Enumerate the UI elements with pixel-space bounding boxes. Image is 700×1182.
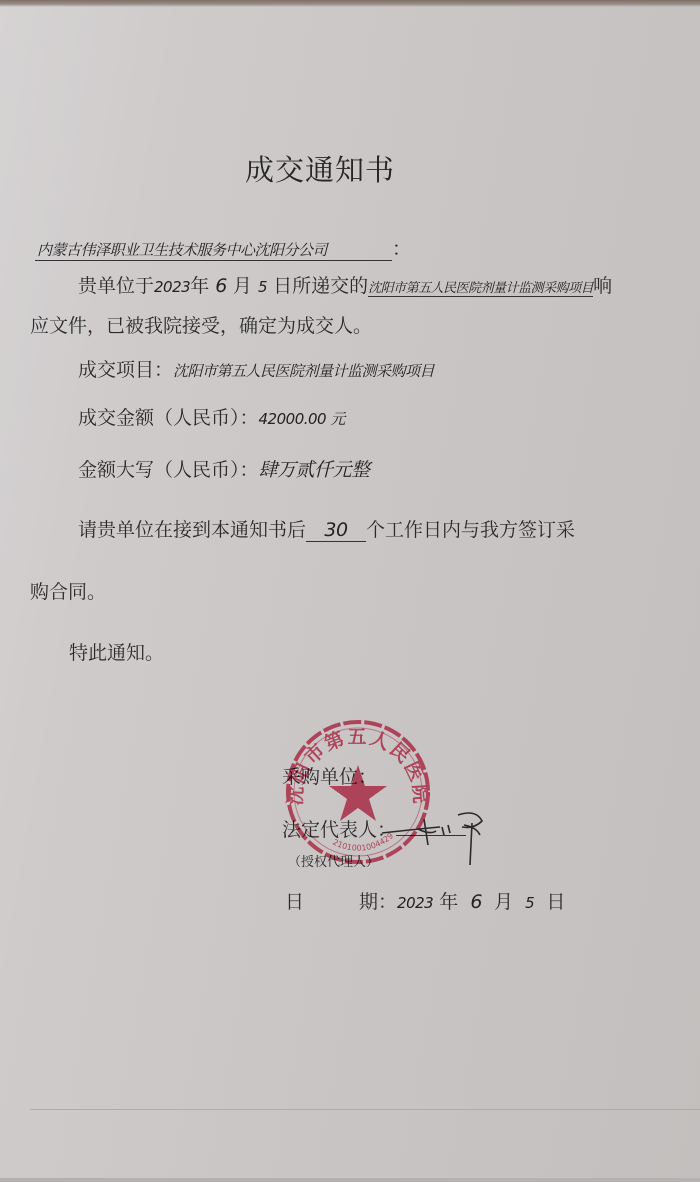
paper-top-edge <box>0 0 700 7</box>
submission-month-unit: 月 <box>233 275 252 297</box>
paper-fold-line <box>30 1109 700 1110</box>
contract-notice-continuation: 购合同。 <box>30 577 106 604</box>
project-value: 沈阳市第五人民医院剂量计监测采购项目 <box>173 362 434 380</box>
amount-words-value: 肆万贰仟元整 <box>259 459 370 481</box>
recipient-name: 内蒙古伟泽职业卫生技术服务中心沈阳分公司 <box>35 239 392 261</box>
date-month-unit: 月 <box>494 891 513 913</box>
date-label-2: 期： <box>359 891 397 913</box>
amount-words-line: 金额大写（人民币）：肆万贰仟元整 <box>78 455 370 482</box>
closing-text: 特此通知。 <box>69 638 164 665</box>
date-day-unit: 日 <box>546 891 565 913</box>
date-month: 6 <box>470 891 482 913</box>
date-year: 2023 <box>397 894 433 912</box>
submission-prefix: 贵单位于 <box>78 275 154 297</box>
paragraph-submission-continuation: 应文件，已被我院接受，确定为成交人。 <box>30 311 372 338</box>
recipient-colon: ： <box>392 238 411 260</box>
amount-words-label: 金额大写（人民币）： <box>78 459 259 481</box>
recipient-line: 内蒙古伟泽职业卫生技术服务中心沈阳分公司： <box>35 234 411 261</box>
date-label-1: 日 <box>285 891 304 913</box>
project-label: 成交项目： <box>78 359 173 381</box>
submission-suffix: 响 <box>593 275 612 297</box>
paper-bottom-edge <box>0 1178 700 1182</box>
contract-notice-line: 请贵单位在接到本通知书后30个工作日内与我方签订采 <box>78 515 575 542</box>
paragraph-submission: 贵单位于2023年 6 月 5 日所递交的沈阳市第五人民医院剂量计监测采购项目响 <box>78 271 612 298</box>
purchaser-label: 采购单位： <box>282 762 377 789</box>
submission-day-unit: 日所递交的 <box>273 275 368 297</box>
submission-year: 2023 <box>154 278 190 296</box>
submission-month: 6 <box>215 275 227 297</box>
submission-day: 5 <box>258 278 267 296</box>
contract-notice-suffix: 个工作日内与我方签订采 <box>366 519 575 541</box>
amount-value: 42000.00 元 <box>259 410 345 428</box>
contract-notice-prefix: 请贵单位在接到本通知书后 <box>78 519 306 541</box>
amount-label: 成交金额（人民币）： <box>78 407 259 429</box>
contract-days-value: 30 <box>306 519 366 542</box>
date-line: 日期：2023 年 6 月 5 日 <box>285 887 565 914</box>
amount-line: 成交金额（人民币）：42000.00 元 <box>78 403 345 430</box>
project-line: 成交项目：沈阳市第五人民医院剂量计监测采购项目 <box>78 355 434 382</box>
handwritten-signature <box>378 805 508 865</box>
date-day: 5 <box>525 894 534 912</box>
submission-year-unit: 年 <box>190 275 209 297</box>
date-year-unit: 年 <box>439 891 458 913</box>
authorized-agent-label: （授权代理人） <box>288 851 379 870</box>
document-title: 成交通知书 <box>0 148 640 189</box>
submission-project-fill: 沈阳市第五人民医院剂量计监测采购项目 <box>368 277 593 297</box>
